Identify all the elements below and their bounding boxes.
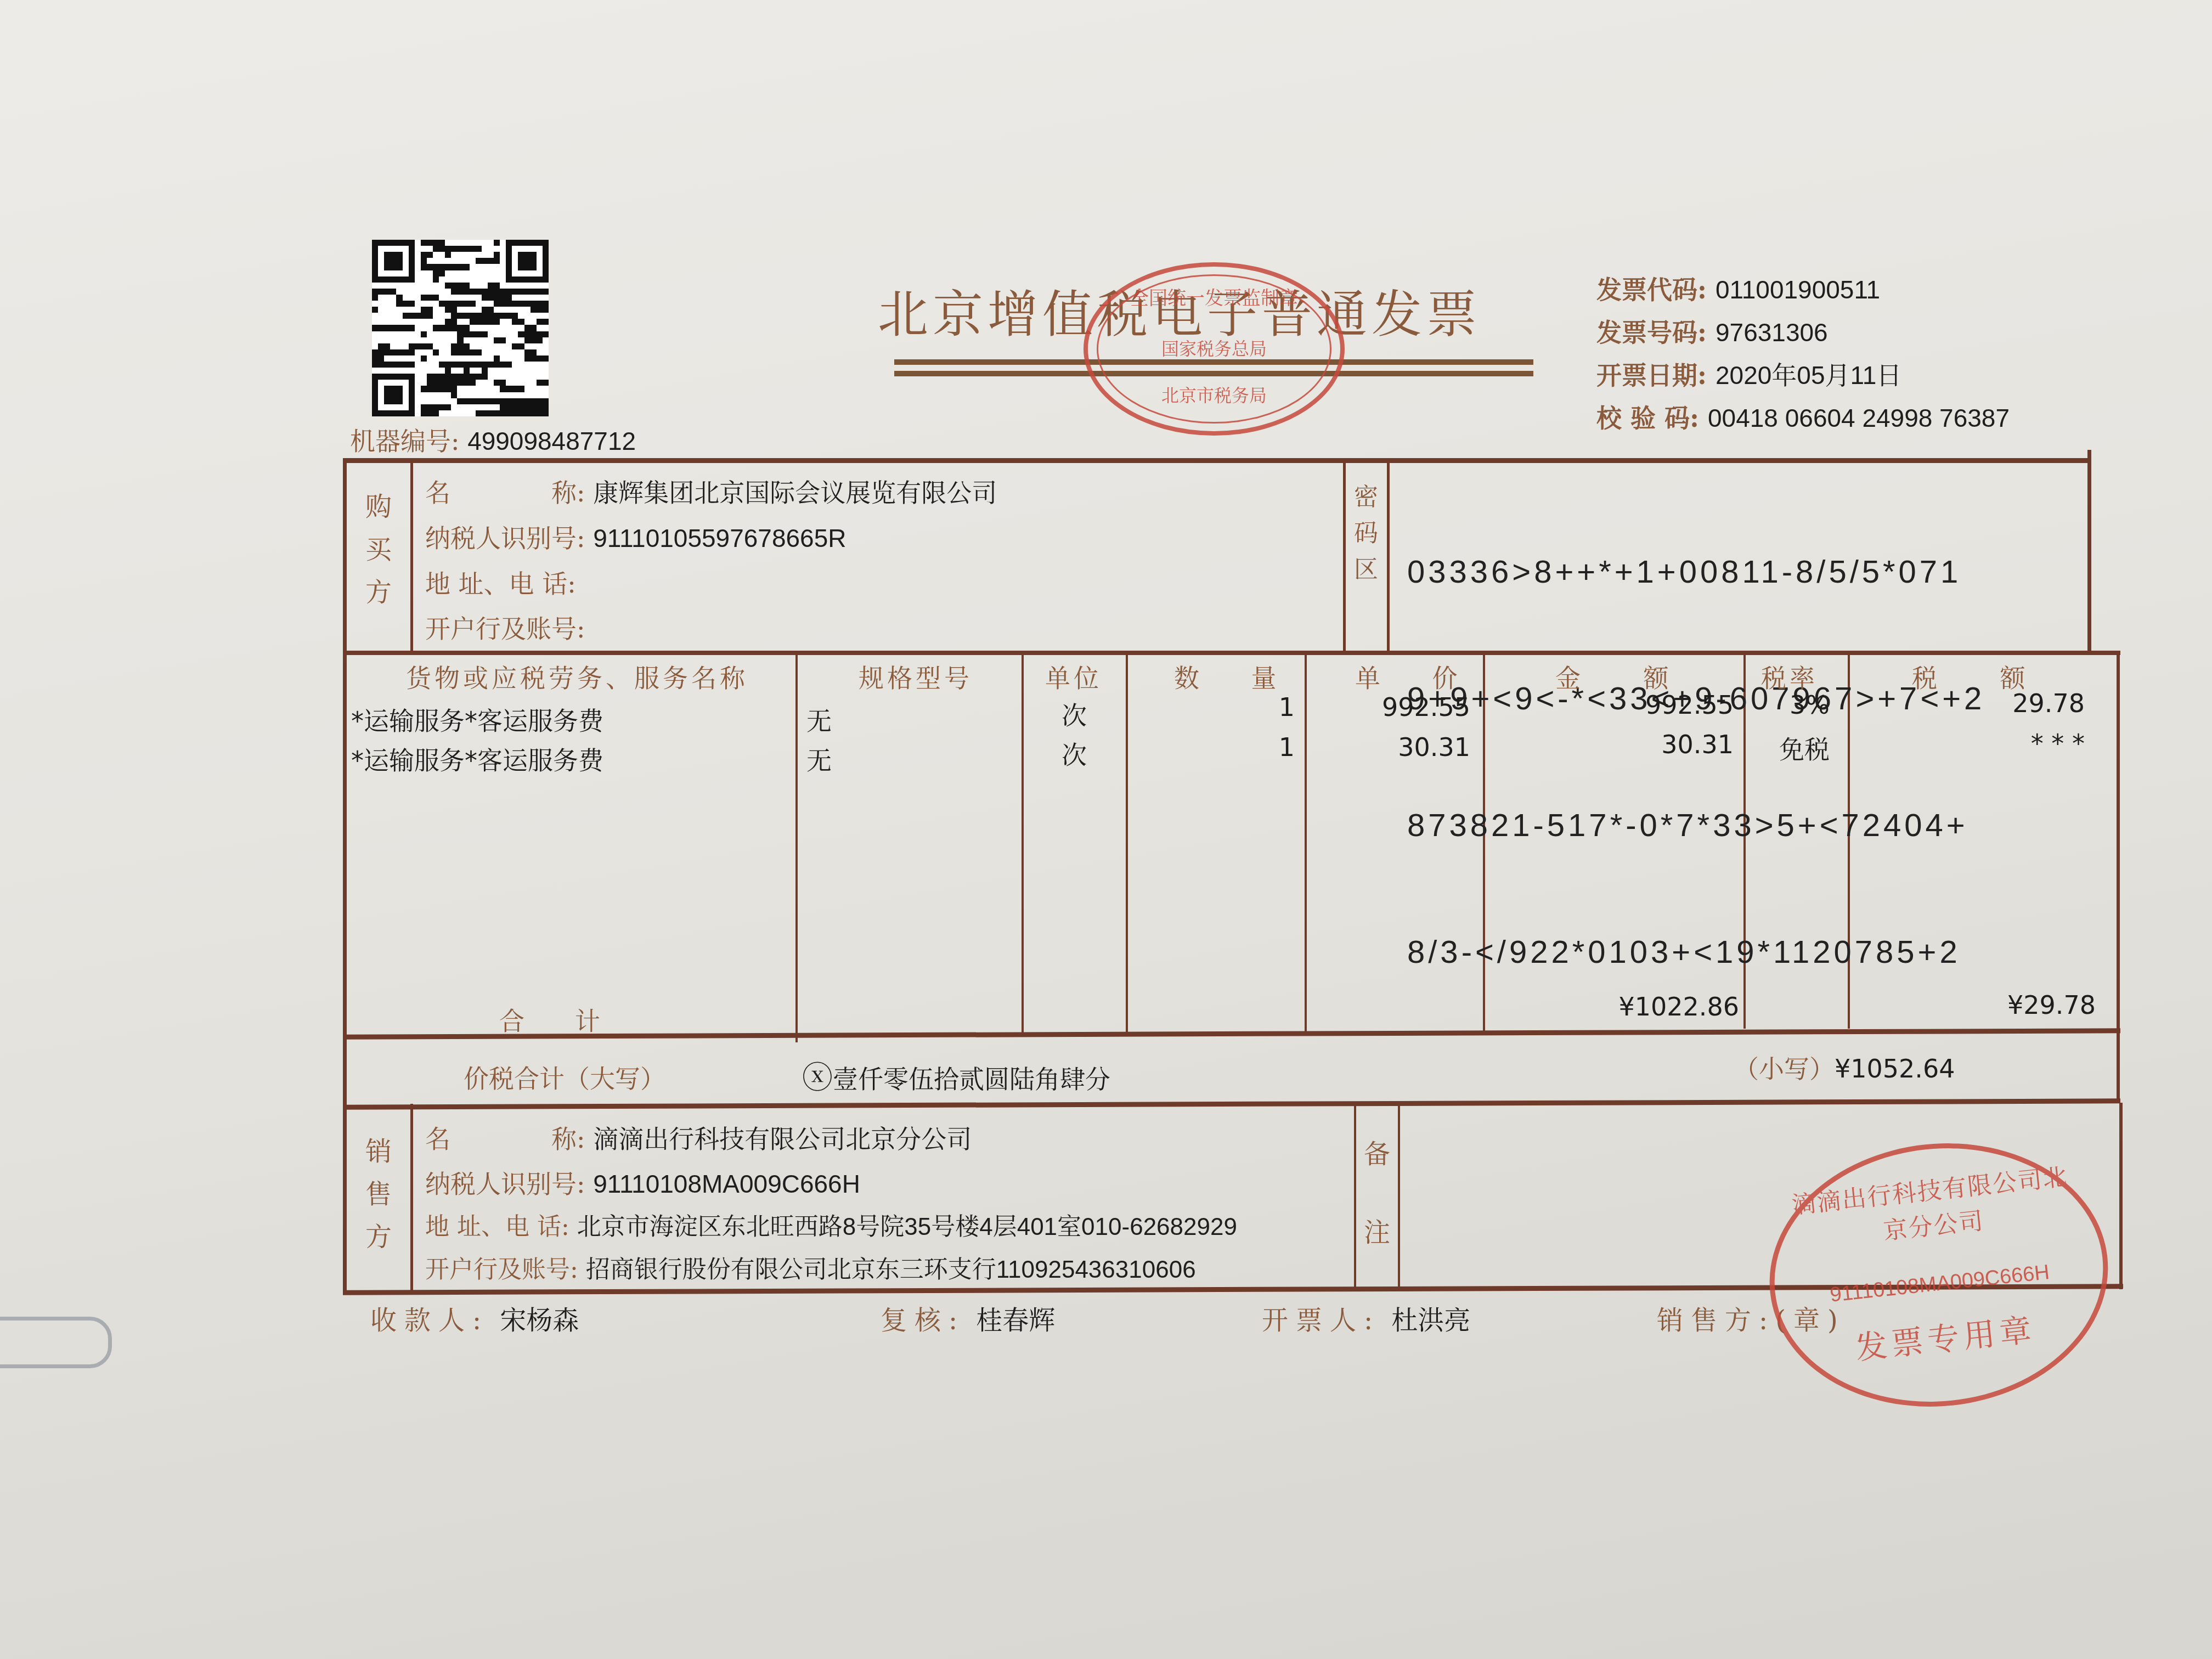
seller-name-value: 滴滴出行科技有限公司北京分公司	[593, 1125, 972, 1153]
seller-name-label: 名 称:	[425, 1124, 585, 1154]
tax-bureau-seal: 全国统一发票监制章 国家税务总局 北京市税务局	[1084, 262, 1345, 436]
seller-tax-id-value: 91110108MA009C666H	[593, 1170, 860, 1198]
item-qty: 1	[1130, 732, 1295, 762]
seller-seal-tax-id: 91110108MA009C666H	[1808, 1259, 2072, 1310]
issuer-field: 开票人:杜洪亮	[1262, 1299, 1470, 1337]
payee-field: 收款人:宋杨森	[370, 1299, 579, 1337]
cipher-label-char: 码	[1350, 522, 1383, 546]
item-unit: 次	[1062, 696, 1087, 732]
item-qty: 1	[1130, 692, 1295, 722]
grand-total-uppercase-value: 壹仟零伍拾贰圆陆角肆分	[833, 1064, 1110, 1094]
tax-seal-bottom-text: 北京市税务局	[1110, 382, 1318, 407]
payee-label: 收款人:	[370, 1305, 489, 1336]
check-code-label: 校 验 码:	[1596, 403, 1699, 433]
col-header-unit: 单位	[1045, 658, 1102, 695]
seller-tax-id-label: 纳税人识别号:	[425, 1169, 585, 1199]
check-code-value: 00418 06604 24998 76387	[1708, 404, 2010, 432]
seller-label-char: 售	[362, 1181, 395, 1207]
cipher-line: 873821-517*-0*7*33>5+<72404+	[1407, 804, 1985, 847]
item-tax: 29.78	[1854, 689, 2085, 718]
grand-total-uppercase: ⓧ壹仟零伍拾贰圆陆角肆分	[802, 1053, 1110, 1097]
buyer-label-char: 买	[362, 537, 395, 563]
buyer-bank-label: 开户行及账号:	[425, 614, 585, 644]
check-code-field: 校 验 码:00418 06604 24998 76387	[1596, 398, 2010, 435]
seller-address-field: 地 址、电 话: 北京市海淀区东北旺西路8号院35号楼4层401室010-626…	[425, 1207, 1237, 1242]
invoice-number-label: 发票号码:	[1596, 318, 1707, 347]
seller-address-value: 北京市海淀区东北旺西路8号院35号楼4层401室010-62682929	[577, 1214, 1237, 1240]
item-name: *运输服务*客运服务费	[351, 701, 603, 737]
item-name: *运输服务*客运服务费	[351, 741, 603, 777]
item-amount: 30.31	[1492, 730, 1734, 759]
remarks-label-char: 注	[1361, 1220, 1393, 1246]
cipher-label-char: 密	[1350, 486, 1383, 510]
seller-bank-value: 招商银行股份有限公司北京东三环支行110925436310606	[586, 1256, 1196, 1283]
cipher-line: 03336>8++*+1+00811-8/5/5*071	[1407, 551, 1985, 593]
issuer-value: 杜洪亮	[1391, 1305, 1470, 1336]
invoice-code-value: 011001900511	[1716, 275, 1880, 304]
buyer-tax-id-label: 纳税人识别号:	[425, 523, 585, 553]
col-header-amount: 金 额	[1555, 658, 1696, 695]
item-price: 992.55	[1311, 692, 1470, 722]
machine-number: 机器编号: 499098487712	[350, 421, 636, 458]
invoice-date-label: 开票日期:	[1596, 360, 1707, 390]
item-unit: 次	[1062, 735, 1087, 771]
item-rate: 免税	[1747, 730, 1830, 766]
invoice-code-field: 发票代码:011001900511	[1596, 270, 1880, 306]
item-price: 30.31	[1311, 732, 1470, 762]
seller-label-char: 销	[362, 1138, 395, 1165]
seller-bank-field: 开户行及账号: 招商银行股份有限公司北京东三环支行110925436310606	[425, 1250, 1196, 1285]
tax-seal-top-text: 全国统一发票监制章	[1110, 283, 1318, 310]
seller-label-char: 方	[362, 1224, 395, 1250]
total-label: 合 计	[499, 1001, 600, 1037]
buyer-address-label: 地 址、电 话:	[425, 569, 576, 599]
total-tax: ¥29.78	[1854, 990, 2096, 1020]
item-amount: 992.55	[1492, 690, 1734, 720]
reviewer-label: 复核:	[881, 1305, 965, 1336]
col-header-item-name: 货物或应税劳务、服务名称	[406, 658, 748, 695]
seller-bank-label: 开户行及账号:	[425, 1256, 578, 1284]
buyer-address-field: 地 址、电 话:	[425, 564, 576, 600]
grand-total-small: （小写）¥1052.64	[1734, 1049, 1955, 1085]
invoice-code-label: 发票代码:	[1596, 275, 1707, 304]
machine-number-value: 499098487712	[467, 427, 636, 455]
total-amount: ¥1022.86	[1492, 992, 1739, 1022]
qr-code	[372, 240, 549, 416]
machine-number-label: 机器编号:	[350, 426, 460, 456]
buyer-tax-id-field: 纳税人识别号: 91110105597678665R	[425, 518, 846, 555]
buyer-name-field: 名 称: 康辉集团北京国际会议展览有限公司	[425, 473, 997, 509]
reviewer-value: 桂春辉	[976, 1305, 1055, 1336]
buyer-name-label: 名 称:	[425, 478, 585, 507]
buyer-label-char: 方	[362, 579, 395, 606]
grand-total-small-value: ¥1052.64	[1835, 1054, 1955, 1084]
payee-value: 宋杨森	[500, 1305, 579, 1336]
cipher-area-label: 密 码 区	[1350, 486, 1383, 582]
col-header-qty: 数 量	[1174, 658, 1299, 695]
invoice-date-value: 2020年05月11日	[1716, 361, 1901, 390]
buyer-tax-id-value: 91110105597678665R	[593, 524, 846, 552]
cipher-line: 8/3-</922*0103+<19*1120785+2	[1407, 931, 1985, 973]
col-header-rate: 税率	[1761, 658, 1818, 695]
issuer-label: 开票人:	[1262, 1305, 1380, 1336]
invoice-number-value: 97631306	[1716, 318, 1828, 347]
remarks-label-char: 备	[1361, 1141, 1393, 1167]
seller-section-label: 销 售 方	[362, 1138, 395, 1250]
seller-seal-bottom-text: 发票专用章	[1812, 1300, 2079, 1373]
seller-name-field: 名 称: 滴滴出行科技有限公司北京分公司	[425, 1119, 972, 1155]
item-tax: * * *	[1854, 729, 2085, 758]
buyer-label-char: 购	[362, 494, 395, 520]
grand-total-label: 价税合计（大写）	[464, 1059, 665, 1095]
item-spec: 无	[806, 741, 832, 777]
remarks-label: 备 注	[1361, 1141, 1393, 1246]
circled-x-icon: ⓧ	[802, 1060, 833, 1096]
reviewer-field: 复核:桂春辉	[881, 1299, 1055, 1337]
paperclip	[0, 1317, 112, 1368]
col-header-price: 单 价	[1355, 658, 1480, 695]
buyer-name-value: 康辉集团北京国际会议展览有限公司	[593, 478, 997, 507]
tax-seal-middle-text: 国家税务总局	[1110, 335, 1318, 360]
buyer-section-label: 购 买 方	[362, 494, 395, 606]
col-header-spec: 规格型号	[859, 658, 973, 695]
grand-total-small-label: （小写）	[1734, 1054, 1835, 1084]
invoice-date-field: 开票日期:2020年05月11日	[1596, 356, 1901, 392]
cipher-label-char: 区	[1350, 558, 1383, 582]
item-rate: 3%	[1747, 690, 1830, 720]
buyer-bank-field: 开户行及账号:	[425, 609, 585, 645]
invoice-number-field: 发票号码:97631306	[1596, 313, 1828, 349]
seller-tax-id-field: 纳税人识别号: 91110108MA009C666H	[425, 1164, 860, 1200]
seller-address-label: 地 址、电 话:	[425, 1213, 569, 1241]
item-spec: 无	[806, 701, 832, 737]
